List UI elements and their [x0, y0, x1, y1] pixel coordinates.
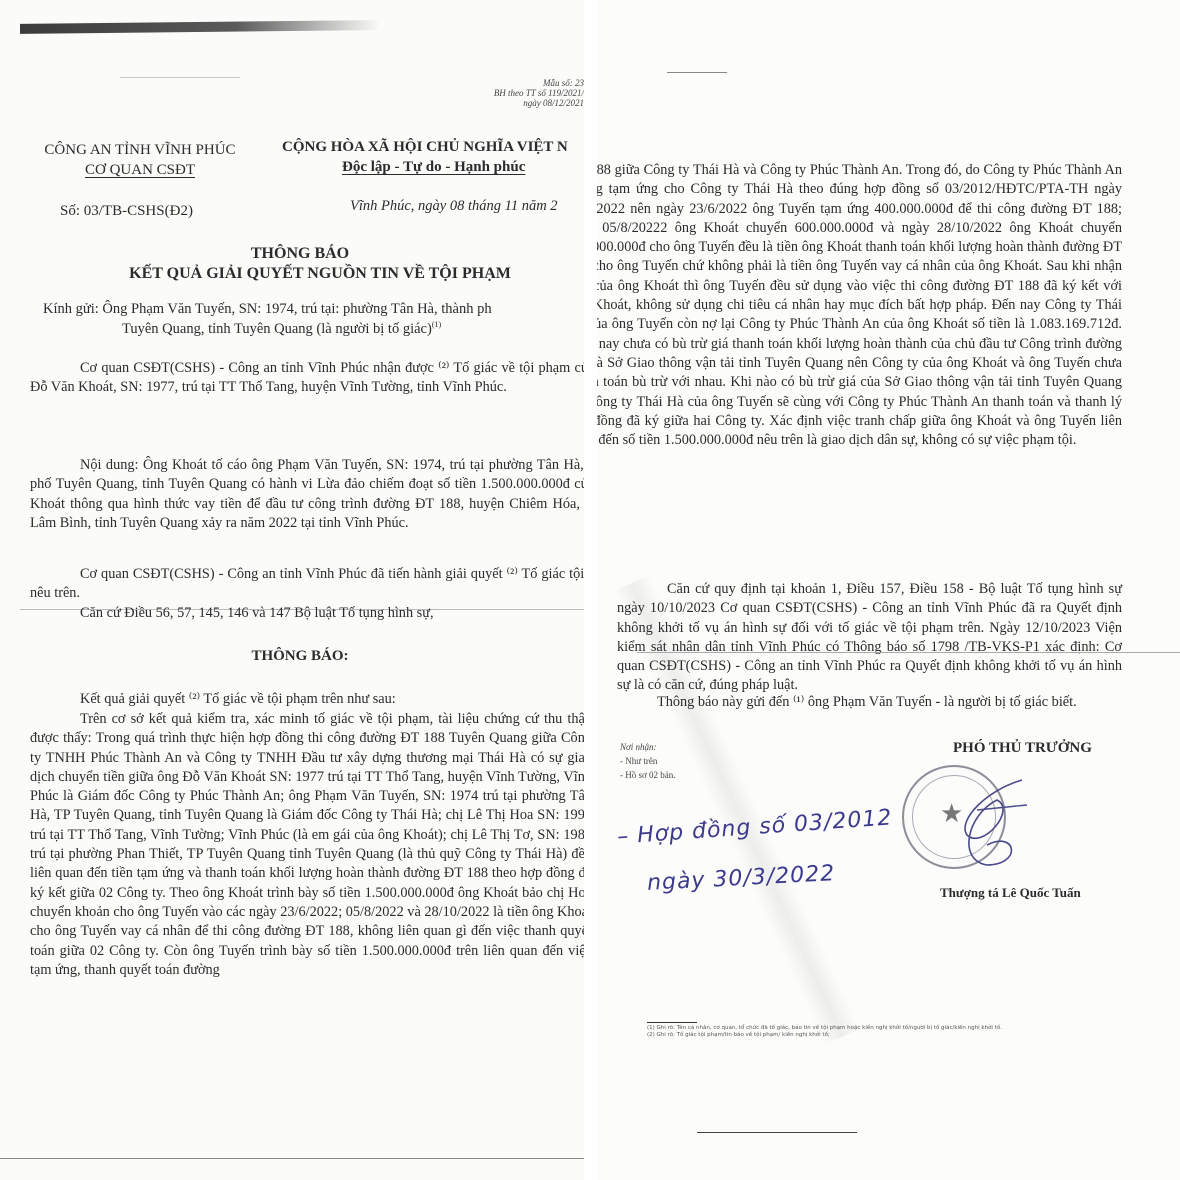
right-page: ĐT 188 giữa Công ty Thái Hà và Công ty P… [597, 0, 1180, 1180]
paragraph-sent-to: Thông báo này gửi đến ⁽¹⁾ ông Phạm Văn T… [607, 693, 1127, 712]
addressee-line-2: Tuyên Quang, tỉnh Tuyên Quang (là người … [122, 320, 441, 338]
signature [927, 770, 1037, 880]
left-page: Mẫu số: 23 BH theo TT số 119/2021/ ngày … [0, 0, 584, 1180]
form-reference: Mẫu số: 23 BH theo TT số 119/2021/ ngày … [494, 78, 584, 108]
document-number: Số: 03/TB-CSHS(Đ2) [60, 203, 193, 220]
scan-bottom-edge [0, 1158, 584, 1159]
paragraph-content: Nội dung: Ông Khoát tố cáo ông Phạm Văn … [30, 456, 584, 533]
footnote-1: (1) Ghi rõ: Tên cá nhân, cơ quan, tổ chứ… [647, 1025, 1002, 1032]
footnote-marker: (1) [432, 320, 441, 329]
issuing-agency: CÔNG AN TỈNH VĨNH PHÚC CƠ QUAN CSĐT [40, 140, 240, 180]
country-name: CỘNG HÒA XÃ HỘI CHỦ NGHĨA VIỆT N [282, 137, 568, 157]
recipients-label: Nơi nhận: [620, 740, 676, 754]
scan-top-edge [667, 72, 727, 73]
notice-heading: THÔNG BÁO: [0, 645, 584, 667]
place-and-date: Vĩnh Phúc, ngày 08 tháng 11 năm 2 [350, 198, 558, 215]
addressee-text: Tuyên Quang, tỉnh Tuyên Quang (là người … [122, 321, 432, 337]
scan-bottom-edge [697, 1132, 857, 1133]
paragraph-resolved: Cơ quan CSĐT(CSHS) - Công an tỉnh Vĩnh P… [30, 565, 584, 604]
form-number: Mẫu số: 23 [494, 78, 584, 88]
paragraph-legal-basis: Căn cứ Điều 56, 57, 145, 146 và 147 Bộ l… [30, 604, 584, 623]
document-title: THÔNG BÁO [0, 243, 584, 265]
scan-fold-line [637, 652, 1180, 653]
handwritten-note-line-2: ngày 30/3/2022 [646, 861, 835, 896]
paragraph-received: Cơ quan CSĐT(CSHS) - Công an tỉnh Vĩnh P… [30, 359, 584, 398]
footnote-separator [647, 1022, 697, 1023]
footnote-2: (2) Ghi rõ: Tố giác tội phạm/tin báo về … [647, 1032, 1002, 1039]
agency-department: CƠ QUAN CSĐT [40, 160, 240, 180]
national-motto: Độc lập - Tự do - Hạnh phúc [282, 157, 568, 177]
document-subtitle: KẾT QUẢ GIẢI QUYẾT NGUỒN TIN VỀ TỘI PHẠM [0, 263, 584, 285]
signatory-title: PHÓ THỦ TRƯỞNG [953, 740, 1092, 757]
paragraph-continued: ĐT 188 giữa Công ty Thái Hà và Công ty P… [597, 161, 1122, 450]
national-header: CỘNG HÒA XÃ HỘI CHỦ NGHĨA VIỆT N Độc lập… [282, 137, 568, 177]
paragraph-decision: Căn cứ quy định tại khoản 1, Điều 157, Đ… [617, 580, 1122, 696]
recipients-block: Nơi nhận: - Như trên - Hồ sơ 02 bản. [620, 740, 676, 782]
form-circular: BH theo TT số 119/2021/ [494, 88, 584, 98]
signatory-name: Thượng tá Lê Quốc Tuấn [940, 885, 1081, 901]
footnotes: (1) Ghi rõ: Tên cá nhân, cơ quan, tổ chứ… [647, 1025, 1002, 1039]
scan-edge-smear [20, 20, 380, 34]
recipient-item: - Hồ sơ 02 bản. [620, 768, 676, 782]
agency-name: CÔNG AN TỈNH VĨNH PHÚC [40, 140, 240, 160]
divider [120, 77, 240, 78]
paragraph-findings: Trên cơ sở kết quả kiểm tra, xác minh tố… [30, 710, 584, 980]
addressee-line-1: Kính gửi: Ông Phạm Văn Tuyến, SN: 1974, … [43, 301, 492, 318]
form-date: ngày 08/12/2021 [494, 98, 584, 108]
paragraph-result: Kết quả giải quyết ⁽²⁾ Tố giác về tội ph… [30, 690, 584, 709]
recipient-item: - Như trên [620, 754, 676, 768]
